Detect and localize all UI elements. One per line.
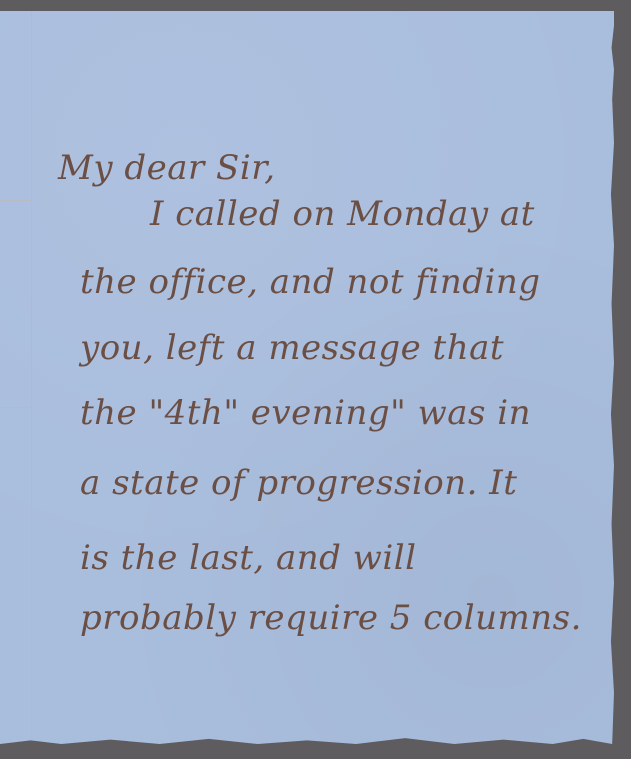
letter-line: you, left a message that <box>80 331 504 365</box>
letter-line: I called on Monday at <box>150 197 535 231</box>
letter-line: the "4th" evening" was in <box>80 396 531 430</box>
paper-fold-crease <box>0 407 31 408</box>
paper-fold-crease <box>0 200 31 201</box>
paper-fold-line <box>31 11 32 744</box>
letter-line: a state of progression. It <box>80 466 517 500</box>
letter-line: probably require 5 columns. <box>80 601 582 635</box>
letter-salutation: My dear Sir, <box>58 151 276 185</box>
letter-paper: My dear Sir, I called on Monday at the o… <box>0 11 614 744</box>
letter-line: the office, and not finding <box>80 265 541 299</box>
letter-line: is the last, and will <box>80 541 416 575</box>
